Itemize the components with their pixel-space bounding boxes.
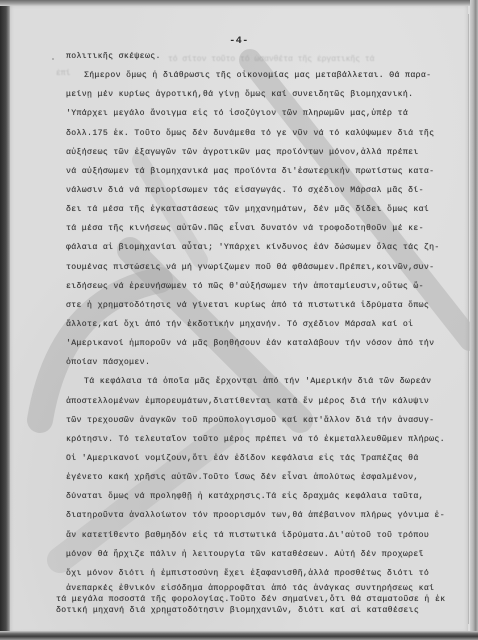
text-line-overprinted: δοτική μηχανή διά χρηματοδότησιν βιομηχα… [56,605,406,616]
text-line: κρότησιν. Τό τελευταῖον τοῦτο μέρος πρέπ… [66,430,406,449]
text-line: στε ἡ χρηματοδότησις νά γίνεται κυρίως ἀ… [66,296,406,315]
text-line: τῶν τρεχουσῶν ἀναγκῶν τοῦ προϋπολογισμοῦ… [66,411,406,430]
text-line: νάλωσιν διά νά περιορίσωμεν τάς εἰσαγωγά… [66,181,406,200]
scan-right-edge [470,0,478,640]
text-line: αὐξήσεως τῶν ἐξαγωγῶν τῶν ἀγροτικῶν μας … [66,143,406,162]
text-line: ὁποίαν πάσχομεν. [66,353,406,372]
paragraph-start-line: Τά κεφάλαια τά ὁποῖα μᾶς ἔρχονται ἀπό τή… [66,372,406,391]
text-line: Οἱ 'Αμερικανοί νομίζουν,ὅτι ἐάν ἐδίδον κ… [66,449,406,468]
text-line: τά μέσα τῆς κινήσεως αὐτῶν.Πῶς εἶναι δυν… [66,219,406,238]
text-line: ἐγένετο κακή χρῆσις αὐτῶν.Τοῦτο ἴσως δέν… [66,468,406,487]
scanned-document: τό σίτον τοῦτο τό ὡσανθέτα τῆς ἐργατικῆς… [0,0,478,640]
text-line: φάλαια αἱ βιομηχανίαι αὗται; 'Υπάρχει κί… [66,238,406,257]
text-line: 'Υπάρχει μεγάλο ἄνοιγμα εἰς τό ἰσοζύγιον… [66,104,406,123]
text-line: δολλ.175 ἑκ. Τοῦτο ὅμως δέν δυνάμεθα τό … [66,124,406,143]
scan-top-edge [0,0,478,6]
text-line: 'Αμερικανοί ἠμποροῦν νά μᾶς βοηθήσουν ἐά… [66,334,406,353]
text-line: μόνον θά ἤρχιζε πάλιν ἡ λειτουργία τῶν κ… [66,545,406,564]
text-line: ὄχι μόνον διότι ἡ ἐμπιστοσύνη ἔχει ἐξαφα… [66,564,406,583]
text-line: τουμένας πιστώσεις νά μή γνωρίζωμεν ποῦ … [66,258,406,277]
text-line: μείνῃ μέν κυρίως ἀγροτική,θά γίνῃ ὅμως κ… [66,85,406,104]
page-number: -4- [0,36,478,47]
text-line: δει τά μέσα τῆς ἐγκαταστάσεως τῶν μηχανη… [66,200,406,219]
text-line: δύναται ὅμως νά προληφθῇ ἡ κατάχρησις.Τά… [66,487,406,506]
text-line: διατηροῦντα ἀναλλοίωτον τόν προορισμόν τ… [66,506,406,525]
text-line: πολιτικῆς σκέψεως. [66,47,406,66]
text-line: ἄν κατετίθεντο βαθμηδόν εἰς τά πιστωτικά… [66,526,406,545]
page-fold-line [468,14,469,624]
text-line: ἀποστελλομένων ἐμπορευμάτων,διατίθενται … [66,392,406,411]
scan-bottom-edge [0,631,478,640]
text-line: ειδήσεως νά ἐρευνήσωμεν τό πῶς θ'αὐξήσωμ… [66,277,406,296]
paper-speck [52,58,54,60]
paper-speck [168,613,171,616]
paragraph-start-line: Σήμερον ὅμως ἡ διάθρωσις τῆς οἰκονομίας … [66,66,406,85]
document-body: πολιτικῆς σκέψεως. Σήμερον ὅμως ἡ διάθρω… [66,47,406,616]
text-line: νά αὐξήσωμεν τά βιομηχανικά μας προϊόντα… [66,162,406,181]
text-line: ἀνεπαρκές ἐθνικόν εἰσόδημα ἀπορροφᾶται ἀ… [66,583,406,594]
text-line-overprinted: τά μεγάλα ποσοστά τῆς φορολογίας.Τοῦτο δ… [56,594,406,605]
text-line: ἄλλοτε,καί ὄχι ἀπό τήν ἐκδοτικήν μηχανήν… [66,315,406,334]
